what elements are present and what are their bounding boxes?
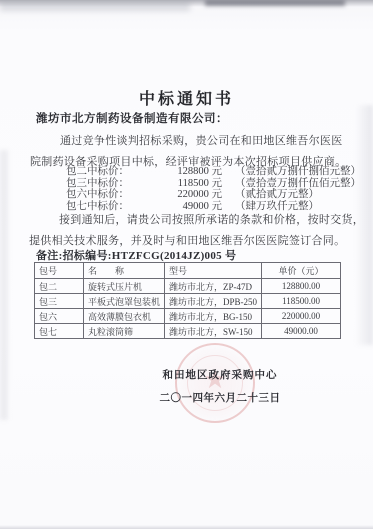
cell-item-name: 平板式泡罩包装机: [84, 294, 165, 309]
table-row: 包六 高效薄膜包衣机 潍坊市北方，BG-150 220000.00: [35, 309, 341, 324]
cell-unit-price: 49000.00: [262, 324, 341, 339]
scanned-document-page: 中标通知书 潍坊市北方制药设备制造有限公司： 通过竞争性谈判招标采购，贵公司在和…: [0, 0, 373, 529]
scan-artifact-bottom-edge: [0, 525, 373, 529]
scan-artifact-top-smudge: [0, 2, 190, 11]
bid-price-label: 包六中标价：: [66, 189, 150, 201]
paragraph2-line1: 接到通知后，请贵公司按照所承诺的条款和价格，按时交货，: [59, 211, 364, 227]
tender-number-note: 备注:招标编号:HTZFCG(2014JZ)005 号: [36, 247, 236, 263]
header-unit-price: 单价（元）: [262, 263, 341, 279]
cell-unit-price: 118500.00: [262, 294, 341, 309]
document-title: 中标通知书: [0, 86, 373, 109]
bid-price-caps: （贰拾贰万元整）: [235, 189, 319, 201]
bid-price-amount: 128800 元: [150, 166, 222, 178]
bid-price-label: 包三中标价：: [66, 178, 150, 190]
table-row: 包七 丸粒滚筒筛 潍坊市北方，SW-150 49000.00: [35, 324, 341, 339]
issuer-name: 和田地区政府采购中心: [145, 367, 295, 382]
header-item-name: 名 称: [84, 263, 165, 279]
header-model: 型号: [165, 263, 262, 279]
bid-price-row: 包六中标价： 220000 元 （贰拾贰万元整）: [66, 189, 361, 201]
cell-package-no: 包二: [35, 279, 84, 294]
paragraph1-line1: 通过竞争性谈判招标采购，贵公司在和田地区维吾尔医医: [60, 132, 343, 148]
cell-model: 潍坊市北方，BG-150: [165, 309, 262, 324]
bid-price-row: 包二中标价： 128800 元 （壹拾贰万捌仟捌佰元整）: [66, 166, 361, 178]
bid-price-list: 包二中标价： 128800 元 （壹拾贰万捌仟捌佰元整） 包三中标价： 1185…: [66, 166, 361, 213]
table-row: 包二 旋转式压片机 潍坊市北方，ZP-47D 128800.00: [35, 279, 341, 294]
cell-model: 潍坊市北方，SW-150: [165, 324, 262, 339]
cell-model: 潍坊市北方，DPB-250: [165, 294, 262, 309]
cell-package-no: 包六: [35, 309, 84, 324]
bid-price-amount: 220000 元: [150, 189, 222, 201]
cell-unit-price: 128800.00: [262, 279, 341, 294]
bid-price-caps: （壹拾壹万捌仟伍佰元整）: [235, 178, 361, 190]
cell-item-name: 丸粒滚筒筛: [84, 324, 165, 339]
bid-price-row: 包三中标价： 118500 元 （壹拾壹万捌仟伍佰元整）: [66, 178, 361, 190]
issue-date: 二〇一四年六月二十三日: [145, 390, 295, 405]
cell-package-no: 包七: [35, 324, 84, 339]
cell-package-no: 包三: [35, 294, 84, 309]
cell-unit-price: 220000.00: [262, 309, 341, 324]
cell-item-name: 旋转式压片机: [84, 279, 165, 294]
header-package-no: 包号: [35, 263, 84, 279]
cell-item-name: 高效薄膜包衣机: [84, 309, 165, 324]
cell-model: 潍坊市北方，ZP-47D: [165, 279, 262, 294]
bid-items-table: 包号 名 称 型号 单价（元） 包二 旋转式压片机 潍坊市北方，ZP-47D 1…: [34, 262, 341, 339]
scan-artifact-left-streak: [0, 150, 8, 420]
bid-price-amount: 118500 元: [150, 178, 222, 190]
scan-artifact-top-blotch: [205, 0, 345, 6]
bid-price-caps: （壹拾贰万捌仟捌佰元整）: [235, 166, 361, 178]
bid-price-label: 包二中标价：: [66, 166, 150, 178]
table-row: 包三 平板式泡罩包装机 潍坊市北方，DPB-250 118500.00: [35, 294, 341, 309]
addressee-line: 潍坊市北方制药设备制造有限公司：: [36, 110, 228, 126]
paragraph2-line2: 提供相关技术服务，并及时与和田地区维吾尔医医院签订合同。: [29, 232, 345, 248]
signature-block: 和田地区政府采购中心 二〇一四年六月二十三日: [145, 367, 295, 405]
table-header-row: 包号 名 称 型号 单价（元）: [35, 263, 341, 279]
